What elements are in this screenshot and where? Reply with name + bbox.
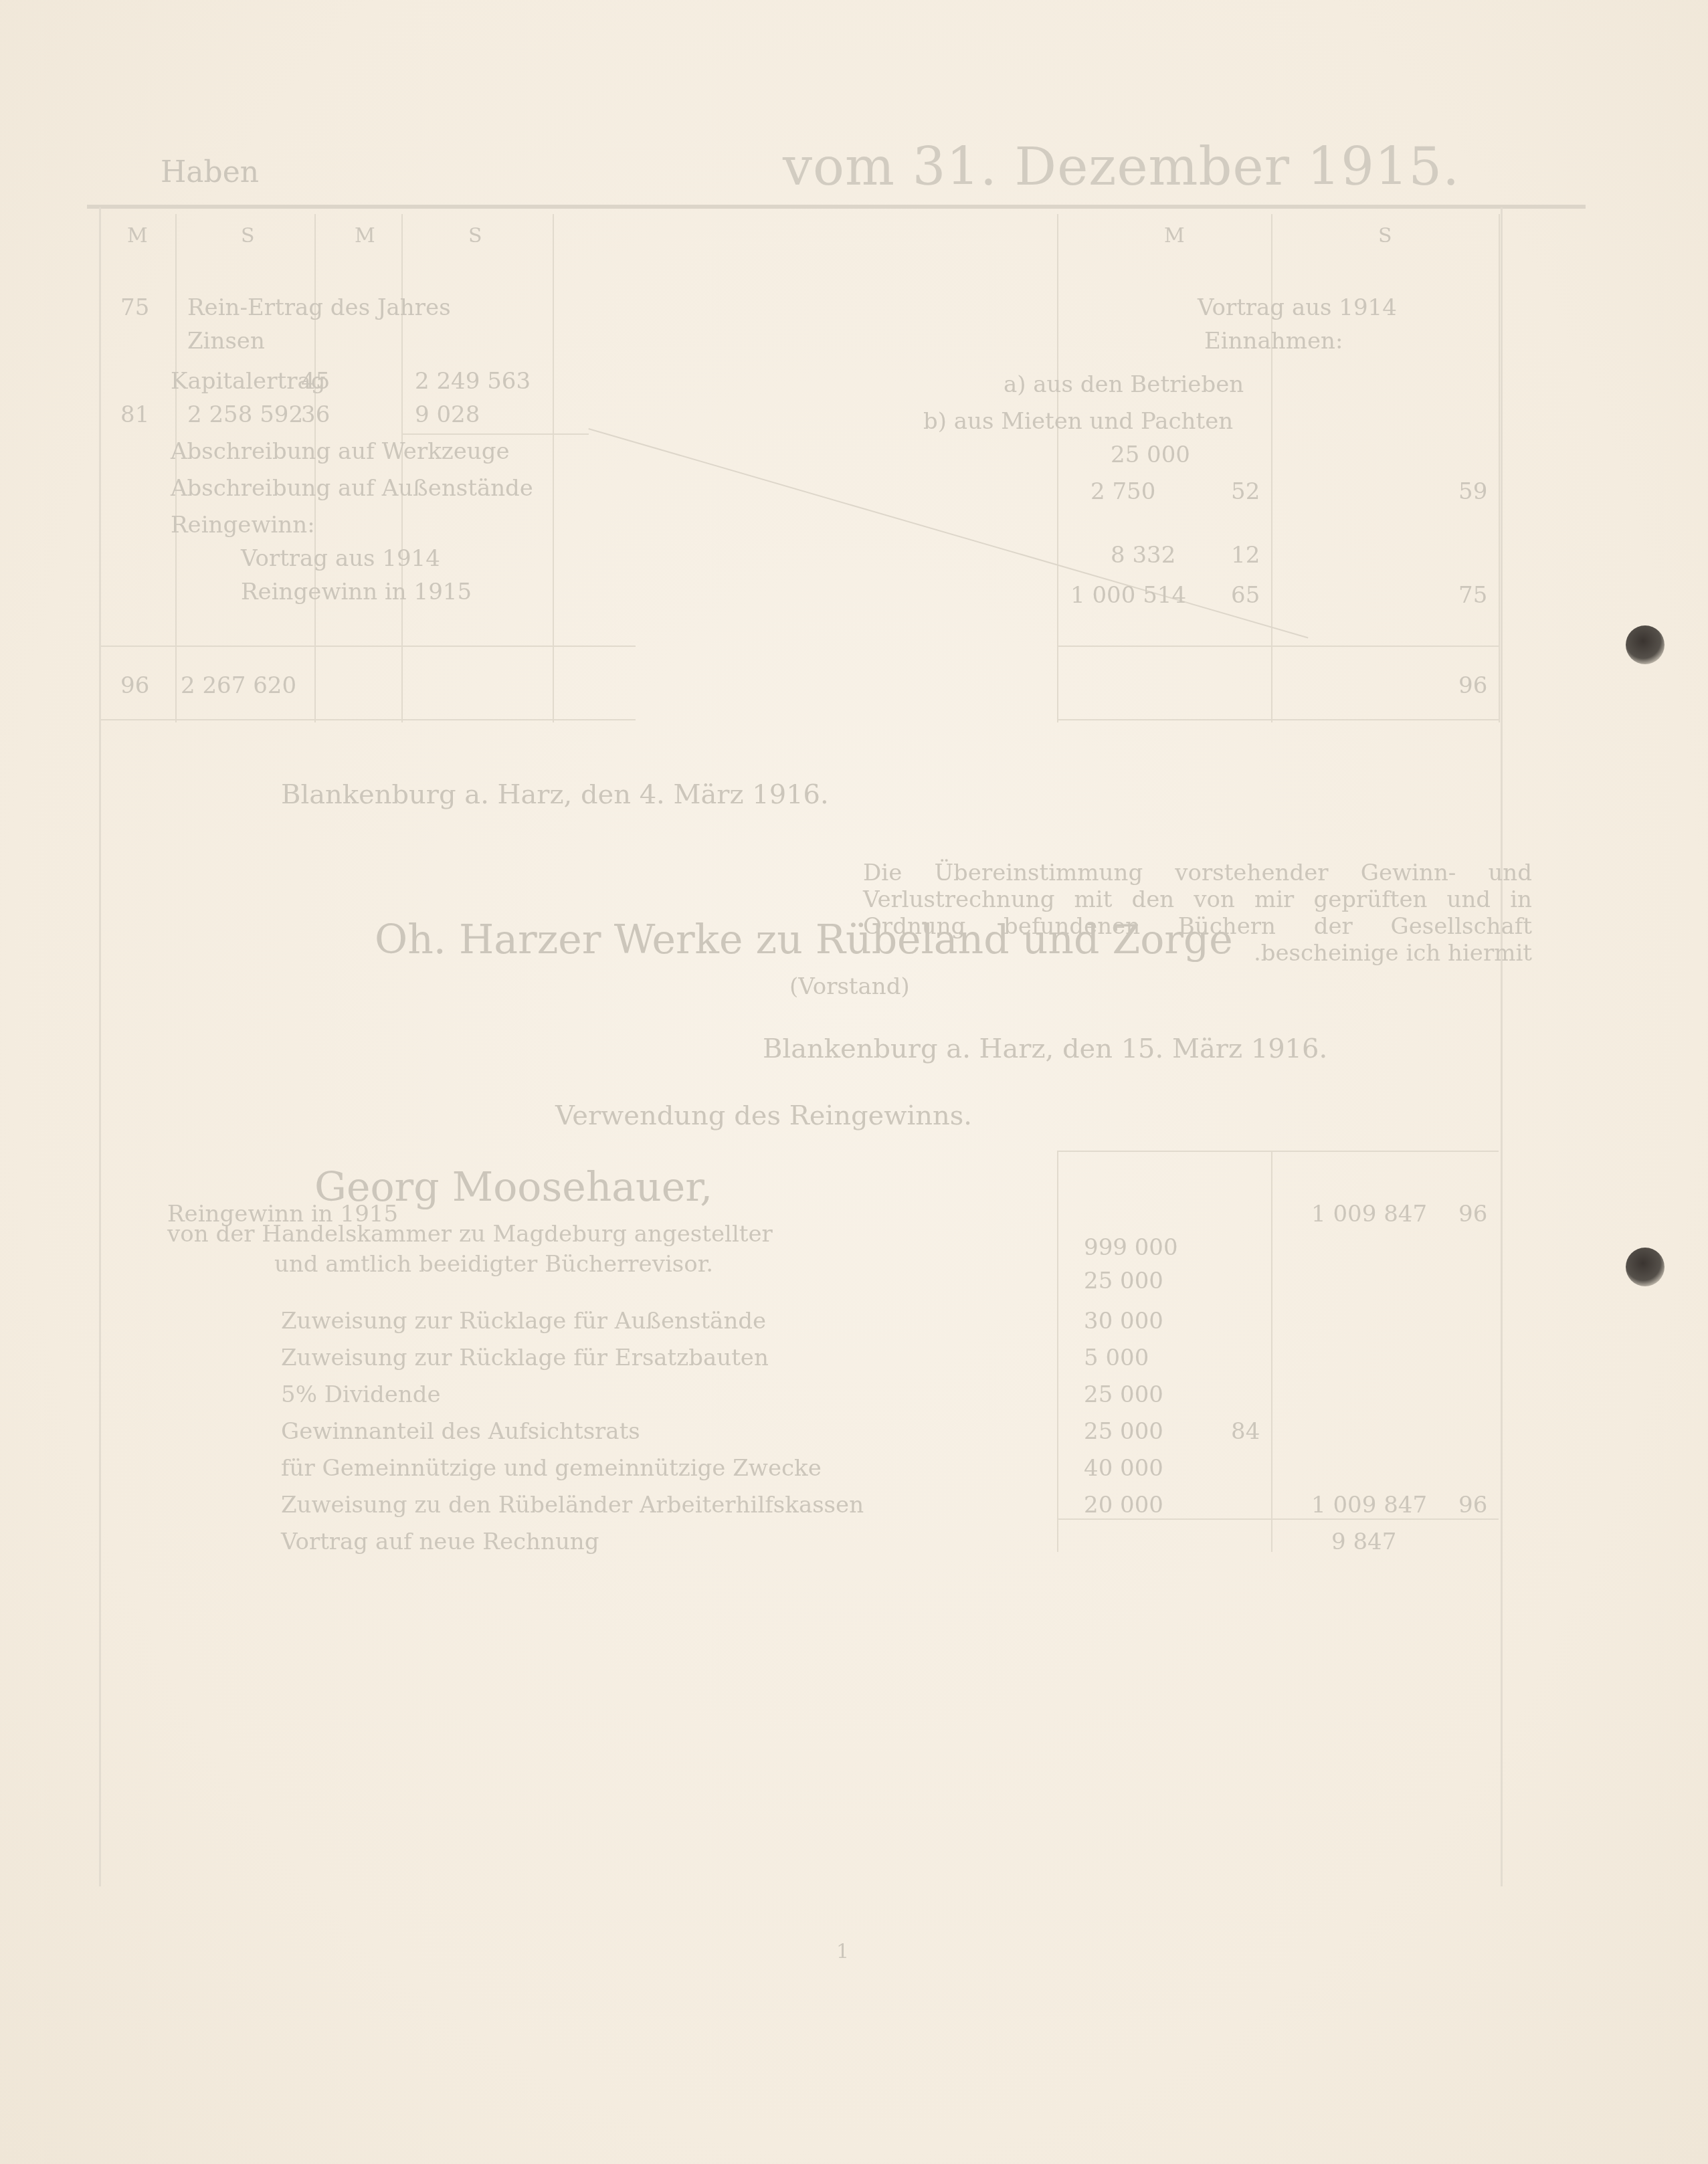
row-rule <box>100 719 636 720</box>
ledger-label: Reingewinn in 1915 <box>167 1201 398 1227</box>
ledger-value: 12 <box>1231 542 1260 569</box>
ledger-label: Abschreibung auf Außenstände <box>171 475 533 502</box>
place-date: Blankenburg a. Harz, den 4. März 1916. <box>281 779 829 810</box>
ledger-label: a) aus den Betrieben <box>1004 371 1244 398</box>
place-date: Blankenburg a. Harz, den 15. März 1916. <box>763 1034 1327 1064</box>
ledger-label: Reingewinn in 1915 <box>241 579 472 605</box>
ledger-label: 5% Dividende <box>281 1381 441 1408</box>
row-rule <box>1057 1518 1499 1520</box>
column-marker: S <box>468 224 482 248</box>
column-marker: M <box>355 224 375 248</box>
ledger-value: 45 <box>301 368 330 395</box>
ledger-value: 75 <box>120 294 149 321</box>
ledger-value: 1 009 847 <box>1311 1201 1427 1227</box>
ledger-label: Zuweisung zur Rücklage für Ersatzbauten <box>281 1345 769 1371</box>
row-rule <box>1057 719 1499 720</box>
ledger-label: Zinsen <box>187 328 265 355</box>
row-rule <box>401 433 589 435</box>
column-marker: M <box>127 224 148 248</box>
total-value: 2 267 620 <box>181 672 296 699</box>
ledger-label: Vortrag auf neue Rechnung <box>281 1529 599 1555</box>
column-marker: S <box>241 224 255 248</box>
ledger-label: Rein-Ertrag des Jahres <box>187 294 451 321</box>
ledger-value: 84 <box>1231 1418 1260 1445</box>
row-rule <box>1057 1151 1499 1152</box>
punch-hole <box>1626 625 1665 664</box>
ledger-value: 9 847 <box>1331 1529 1396 1555</box>
ledger-label: Reingewinn: <box>171 512 315 538</box>
column-rule <box>1057 1151 1058 1552</box>
ledger-value: 2 258 592 <box>187 401 303 428</box>
ledger-value: 2 750 <box>1090 478 1155 505</box>
signatory-title: und amtlich beeidigter Bücherrevisor. <box>274 1251 713 1278</box>
ledger-value: 25 000 <box>1111 441 1190 468</box>
row-rule <box>1057 646 1499 647</box>
ledger-label: Einnahmen: <box>1204 328 1343 355</box>
column-marker: S <box>1378 224 1392 248</box>
page-mark: 1 <box>836 1940 849 1963</box>
ledger-value: 30 000 <box>1084 1308 1163 1335</box>
ledger-value: 40 000 <box>1084 1455 1163 1482</box>
ledger-value: 20 000 <box>1084 1492 1163 1518</box>
ledger-value: 81 <box>120 401 149 428</box>
ledger-value: 65 <box>1231 582 1260 609</box>
ledger-label: Zuweisung zu den Rübeländer Arbeiterhilf… <box>281 1492 864 1518</box>
ledger-value: 96 <box>1458 1201 1487 1227</box>
company-sub: (Vorstand) <box>789 973 910 1000</box>
ledger-value: 2 249 563 <box>415 368 531 395</box>
ledger-value: 96 <box>1458 1492 1487 1518</box>
ledger-value: 5 000 <box>1084 1345 1149 1371</box>
total-value: 96 <box>120 672 149 699</box>
page-title: vom 31. Dezember 1915. <box>783 137 1460 197</box>
row-rule <box>100 646 636 647</box>
ledger-value: 1 000 514 <box>1070 582 1186 609</box>
column-marker: M <box>1164 224 1185 248</box>
ledger-value: 36 <box>301 401 330 428</box>
ledger-value: 52 <box>1231 478 1260 505</box>
ledger-label: Zuweisung zur Rücklage für Außenstände <box>281 1308 766 1335</box>
punch-hole <box>1626 1248 1665 1286</box>
column-rule <box>1271 1151 1272 1552</box>
ledger-value: 59 <box>1458 478 1487 505</box>
ledger-value: 1 009 847 <box>1311 1492 1427 1518</box>
total-value: 96 <box>1458 672 1487 699</box>
ledger-label: Abschreibung auf Werkzeuge <box>171 438 510 465</box>
ledger-value: 9 028 <box>415 401 480 428</box>
document-page: Haben vom 31. Dezember 1915. M S M S M S… <box>0 0 1708 2164</box>
ledger-value: 25 000 <box>1084 1268 1163 1294</box>
ledger-value: 25 000 <box>1084 1418 1163 1445</box>
ledger-label: Vortrag aus 1914 <box>241 545 440 572</box>
ledger-value: 8 332 <box>1111 542 1175 569</box>
column-rule <box>1499 214 1500 722</box>
ledger-value: 999 000 <box>1084 1234 1178 1261</box>
ledger-value: 25 000 <box>1084 1381 1163 1408</box>
ledger-label: b) aus Mieten und Pachten <box>923 408 1233 435</box>
section-heading: Verwendung des Reingewinns. <box>555 1100 972 1131</box>
ledger-label: für Gemeinnützige und gemeinnützige Zwec… <box>281 1455 822 1482</box>
ledger-value: 75 <box>1458 582 1487 609</box>
side-label: Haben <box>161 155 259 189</box>
ledger-label: Gewinnanteil des Aufsichtsrats <box>281 1418 640 1445</box>
company-name: Oh. Harzer Werke zu Rübeland und Zorge <box>375 916 1233 963</box>
ledger-label: Vortrag aus 1914 <box>1198 294 1397 321</box>
